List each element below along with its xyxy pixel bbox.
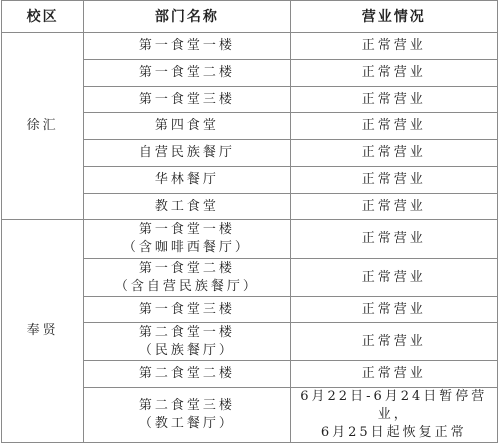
department-cell: 第二食堂二楼 — [84, 361, 290, 388]
header-status: 营业情况 — [290, 1, 497, 33]
status-text-line: 正常营业 — [291, 198, 497, 216]
department-name-line: 第一食堂二楼 — [84, 260, 289, 278]
department-cell: 第一食堂二楼（含自营民族餐厅） — [84, 259, 290, 297]
department-name-line: 第四食堂 — [84, 117, 289, 135]
status-cell: 正常营业 — [290, 60, 497, 87]
status-text-line: 正常营业 — [291, 333, 497, 351]
status-cell: 正常营业 — [290, 194, 497, 220]
status-text-line: 正常营业 — [291, 301, 497, 319]
status-cell: 正常营业 — [290, 259, 497, 297]
department-name-line: 第一食堂三楼 — [84, 91, 289, 109]
department-name-line: 第一食堂一楼 — [84, 221, 289, 239]
header-row: 校区 部门名称 营业情况 — [2, 1, 498, 33]
department-name-line: （教工餐厅） — [84, 415, 289, 426]
status-cell: 正常营业 — [290, 113, 497, 140]
status-cell: 正常营业 — [290, 140, 497, 167]
department-cell: 第一食堂三楼 — [84, 297, 290, 323]
status-text-line: 正常营业 — [291, 365, 497, 383]
campus-cell: 徐汇 — [2, 33, 84, 220]
status-cell: 正常营业 — [290, 220, 497, 259]
table-row: 奉贤第一食堂一楼（含咖啡西餐厅）正常营业 — [2, 220, 498, 259]
status-text-line: 正常营业 — [291, 171, 497, 189]
department-cell: 第一食堂一楼 — [84, 33, 290, 60]
status-cell: 6月22日-6月24日暂停营业，6月25日起恢复正常 — [290, 388, 497, 427]
status-cell: 正常营业 — [290, 167, 497, 194]
department-name-line: 第二食堂三楼 — [84, 397, 289, 415]
department-cell: 教工食堂 — [84, 194, 290, 220]
department-name-line: （含自营民族餐厅） — [84, 278, 289, 296]
campus-cell: 奉贤 — [2, 220, 84, 427]
status-text-line: 正常营业 — [291, 64, 497, 82]
department-cell: 第二食堂一楼（民族餐厅） — [84, 323, 290, 361]
department-name-line: （民族餐厅） — [84, 342, 289, 360]
department-name-line: （含咖啡西餐厅） — [84, 239, 289, 257]
header-campus: 校区 — [2, 1, 84, 33]
department-cell: 第一食堂一楼（含咖啡西餐厅） — [84, 220, 290, 259]
canteen-status-table: 校区 部门名称 营业情况 徐汇第一食堂一楼正常营业第一食堂二楼正常营业第一食堂三… — [1, 0, 498, 426]
department-cell: 第四食堂 — [84, 113, 290, 140]
department-cell: 自营民族餐厅 — [84, 140, 290, 167]
department-cell: 第二食堂三楼（教工餐厅） — [84, 388, 290, 427]
status-text-line: 6月22日-6月24日暂停营业， — [291, 388, 497, 424]
status-text-line: 正常营业 — [291, 37, 497, 55]
department-name-line: 教工食堂 — [84, 198, 289, 216]
department-name-line: 第一食堂二楼 — [84, 64, 289, 82]
status-cell: 正常营业 — [290, 87, 497, 113]
status-text-line: 正常营业 — [291, 117, 497, 135]
department-name-line: 自营民族餐厅 — [84, 144, 289, 162]
department-name-line: 第二食堂二楼 — [84, 365, 289, 383]
table-body: 徐汇第一食堂一楼正常营业第一食堂二楼正常营业第一食堂三楼正常营业第四食堂正常营业… — [2, 33, 498, 427]
department-name-line: 第二食堂一楼 — [84, 324, 289, 342]
status-cell: 正常营业 — [290, 361, 497, 388]
department-name-line: 华林餐厅 — [84, 171, 289, 189]
status-text-line: 正常营业 — [291, 91, 497, 109]
status-text-line: 正常营业 — [291, 269, 497, 287]
status-cell: 正常营业 — [290, 297, 497, 323]
table-row: 徐汇第一食堂一楼正常营业 — [2, 33, 498, 60]
status-text-line: 正常营业 — [291, 230, 497, 248]
header-department: 部门名称 — [84, 1, 290, 33]
department-name-line: 第一食堂一楼 — [84, 37, 289, 55]
department-name-line: 第一食堂三楼 — [84, 301, 289, 319]
department-cell: 第一食堂二楼 — [84, 60, 290, 87]
status-cell: 正常营业 — [290, 33, 497, 60]
status-cell: 正常营业 — [290, 323, 497, 361]
department-cell: 第一食堂三楼 — [84, 87, 290, 113]
department-cell: 华林餐厅 — [84, 167, 290, 194]
status-text-line: 正常营业 — [291, 144, 497, 162]
